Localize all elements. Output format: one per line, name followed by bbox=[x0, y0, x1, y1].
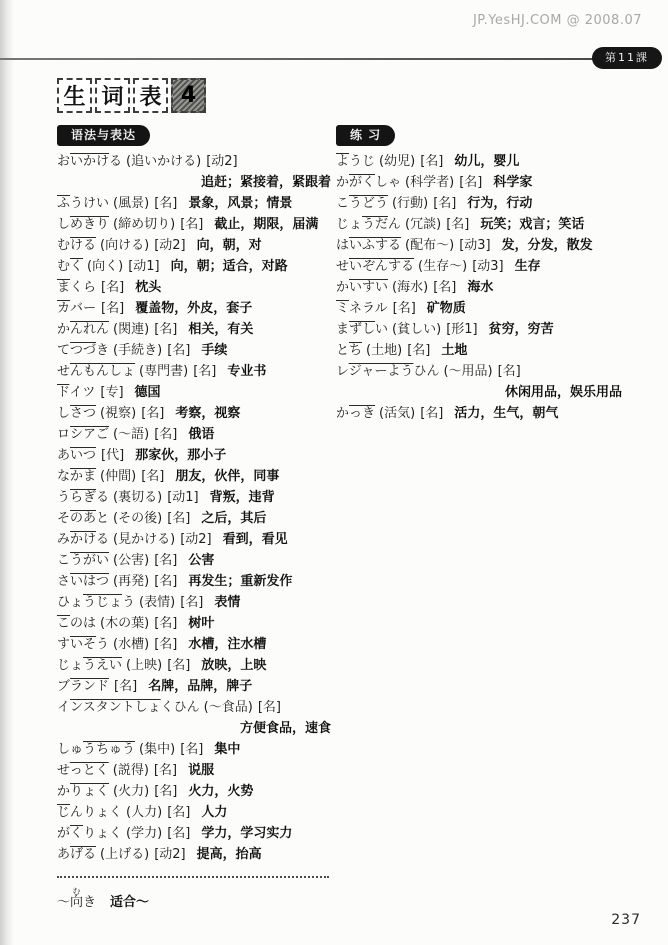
vocab-meaning: 放映，上映 bbox=[201, 658, 266, 673]
vocab-kana: ようじ bbox=[336, 154, 375, 169]
vocab-entry: さいはつ(再発)[名]再发生；重新发作 bbox=[57, 571, 331, 592]
watermark: JP.YesHJ.COM @ 2008.07 bbox=[473, 13, 642, 28]
usage-note-meaning: 适合〜 bbox=[110, 895, 149, 910]
vocab-meaning-wrap: 休闲用品，娱乐用品 bbox=[336, 382, 622, 403]
vocab-meaning: 枕头 bbox=[135, 280, 161, 295]
lesson-badge: 第11課 bbox=[592, 47, 662, 69]
vocab-pos: [名] bbox=[154, 553, 177, 568]
vocab-kana: まくら bbox=[57, 280, 96, 295]
vocab-meaning: 行为，行动 bbox=[467, 196, 532, 211]
vocab-pos: [名] bbox=[154, 427, 177, 442]
vocab-pos: [名] bbox=[167, 511, 190, 526]
vocab-meaning: 德国 bbox=[135, 385, 161, 400]
vocab-pos: [动1] bbox=[128, 259, 159, 274]
vocab-kanji: (その後) bbox=[113, 511, 162, 526]
vocab-pos: [名] bbox=[154, 784, 177, 799]
vocab-entry: カバー[名]覆盖物，外皮，套子 bbox=[57, 298, 331, 319]
vocab-entry: かいすい(海水)[名]海水 bbox=[336, 277, 622, 298]
vocab-meaning: 生存 bbox=[515, 259, 541, 274]
vocab-list-practice: ようじ(幼児)[名]幼儿，婴儿かがくしゃ(科学者)[名]科学家こうどう(行動)[… bbox=[336, 151, 622, 424]
vocab-kanji: (〜食品) bbox=[204, 700, 253, 715]
vocab-kanji: (締め切り) bbox=[113, 217, 175, 232]
vocab-kanji: (追いかける) bbox=[126, 154, 201, 169]
vocab-entry: じんりょく(人力)[名]人力 bbox=[57, 802, 331, 823]
vocab-kanji: (幼児) bbox=[379, 154, 415, 169]
vocab-pos: [动1] bbox=[167, 490, 198, 505]
dotted-separator bbox=[57, 876, 329, 878]
vocab-kanji: (海水) bbox=[392, 280, 428, 295]
vocab-kana: てつづき bbox=[57, 343, 109, 358]
vocab-meaning: 之后，其后 bbox=[201, 511, 266, 526]
vocab-kana: ロシアご bbox=[57, 427, 109, 442]
vocab-pos: [名] bbox=[167, 343, 190, 358]
vocab-meaning: 景象，风景；情景 bbox=[188, 196, 292, 211]
vocab-meaning: 学力，学习实力 bbox=[201, 826, 292, 841]
vocab-kana: とち bbox=[336, 343, 362, 358]
vocab-pos: [专] bbox=[100, 385, 123, 400]
vocab-entry: ふうけい(風景)[名]景象，风景；情景 bbox=[57, 193, 331, 214]
vocab-kanji: (活気) bbox=[379, 406, 415, 421]
vocab-pos: [动3] bbox=[472, 259, 503, 274]
vocab-meaning: 再发生；重新发作 bbox=[188, 574, 292, 589]
vocab-kanji: (上げる) bbox=[100, 847, 149, 862]
vocab-kana: ミネラル bbox=[336, 301, 388, 316]
page-number: 237 bbox=[611, 912, 641, 928]
vocab-pos: [名] bbox=[154, 616, 177, 631]
vocab-entry: なかま(仲間)[名]朋友，伙伴，同事 bbox=[57, 466, 331, 487]
section-header-grammar: 语法与表达 bbox=[57, 125, 150, 146]
vocab-meaning: 朋友，伙伴，同事 bbox=[175, 469, 279, 484]
vocab-entry: うらぎる(裏切る)[动1]背叛，违背 bbox=[57, 487, 331, 508]
vocab-kanji: (説得) bbox=[113, 763, 149, 778]
vocab-pos: [名] bbox=[167, 658, 190, 673]
scan-edge-shadow bbox=[0, 0, 14, 945]
vocab-pos: [名] bbox=[407, 343, 430, 358]
column-practice: 练 习 ようじ(幼児)[名]幼儿，婴儿かがくしゃ(科学者)[名]科学家こうどう(… bbox=[336, 124, 622, 424]
section-header-practice: 练 习 bbox=[336, 125, 395, 146]
vocab-kanji: (集中) bbox=[139, 742, 175, 757]
vocab-meaning: 表情 bbox=[214, 595, 240, 610]
vocab-entry: ロシアご(〜語)[名]俄语 bbox=[57, 424, 331, 445]
vocab-entry: まくら[名]枕头 bbox=[57, 277, 331, 298]
vocab-kanji: (表情) bbox=[139, 595, 175, 610]
vocab-pos: [名] bbox=[258, 700, 281, 715]
header-rule bbox=[0, 58, 601, 60]
page-title: 生词表4 bbox=[57, 78, 206, 113]
vocab-entry: ようじ(幼児)[名]幼儿，婴儿 bbox=[336, 151, 622, 172]
vocab-entry: がくりょく(学力)[名]学力，学习实力 bbox=[57, 823, 331, 844]
scanned-textbook-page: JP.YesHJ.COM @ 2008.07 第11課 生词表4 语法与表达 お… bbox=[0, 0, 668, 945]
vocab-entry: まずしい(貧しい)[形1]贫穷，穷苦 bbox=[336, 319, 622, 340]
vocab-kana: ドイツ bbox=[57, 385, 95, 400]
vocab-meaning: 考察，视察 bbox=[175, 406, 240, 421]
vocab-entry: とち(土地)[名]土地 bbox=[336, 340, 622, 361]
vocab-meaning: 贫穷，穷苦 bbox=[489, 322, 554, 337]
vocab-kanji: (専門書) bbox=[139, 364, 188, 379]
vocab-entry: せっとく(説得)[名]说服 bbox=[57, 760, 331, 781]
column-grammar: 语法与表达 おいかける(追いかける)[动2]追赶；紧接着，紧跟着ふうけい(風景)… bbox=[57, 124, 331, 914]
vocab-kana: みかける bbox=[57, 532, 109, 547]
vocab-meaning: 截止，期限，届满 bbox=[214, 217, 318, 232]
vocab-kana: すいそう bbox=[57, 637, 109, 652]
vocab-pos: [名] bbox=[393, 301, 416, 316]
vocab-kana: ブランド bbox=[57, 679, 109, 694]
vocab-entry: ミネラル[名]矿物质 bbox=[336, 298, 622, 319]
vocab-meaning: 向，朝，对 bbox=[197, 238, 262, 253]
title-char-box: 表 bbox=[133, 78, 168, 113]
vocab-pos: [名] bbox=[446, 217, 469, 232]
vocab-kana: むける bbox=[57, 238, 96, 253]
vocab-kana: かりょく bbox=[57, 784, 109, 799]
vocab-pos: [名] bbox=[433, 280, 456, 295]
vocab-meaning: 那家伙，那小子 bbox=[135, 448, 226, 463]
vocab-meaning: 名牌，品牌，牌子 bbox=[148, 679, 252, 694]
vocab-pos: [动2] bbox=[180, 532, 211, 547]
vocab-meaning: 提高，抬高 bbox=[197, 847, 262, 862]
vocab-meaning-wrap: 追赶；紧接着，紧跟着 bbox=[57, 172, 331, 193]
vocab-meaning: 专业书 bbox=[227, 364, 266, 379]
vocab-meaning: 手续 bbox=[201, 343, 227, 358]
vocab-kana: かがくしゃ bbox=[336, 175, 401, 190]
vocab-pos: [名] bbox=[433, 196, 456, 211]
vocab-kana: さいはつ bbox=[57, 574, 109, 589]
vocab-pos: [名] bbox=[154, 322, 177, 337]
vocab-entry: こうがい(公害)[名]公害 bbox=[57, 550, 331, 571]
vocab-entry: おいかける(追いかける)[动2] bbox=[57, 151, 331, 172]
vocab-kana: しさつ bbox=[57, 406, 96, 421]
vocab-kanji: (貧しい) bbox=[392, 322, 441, 337]
vocab-meaning: 集中 bbox=[214, 742, 240, 757]
vocab-entry: このは(木の葉)[名]树叶 bbox=[57, 613, 331, 634]
vocab-kana: おいかける bbox=[57, 154, 122, 169]
vocab-list-grammar: おいかける(追いかける)[动2]追赶；紧接着，紧跟着ふうけい(風景)[名]景象，… bbox=[57, 151, 331, 865]
vocab-entry: あげる(上げる)[动2]提高，抬高 bbox=[57, 844, 331, 865]
vocab-meaning: 幼儿，婴儿 bbox=[454, 154, 519, 169]
vocab-kanji: (科学者) bbox=[405, 175, 454, 190]
vocab-kana: かいすい bbox=[336, 280, 388, 295]
vocab-pos: [名] bbox=[154, 637, 177, 652]
vocab-meaning: 说服 bbox=[188, 763, 214, 778]
vocab-kanji: (上映) bbox=[126, 658, 162, 673]
vocab-pos: [名] bbox=[101, 280, 124, 295]
vocab-kanji: (火力) bbox=[113, 784, 149, 799]
vocab-meaning: 水槽，注水槽 bbox=[188, 637, 266, 652]
vocab-entry: せんもんしょ(専門書)[名]专业书 bbox=[57, 361, 331, 382]
vocab-kana: あいつ bbox=[57, 448, 96, 463]
vocab-entry: かんれん(関連)[名]相关，有关 bbox=[57, 319, 331, 340]
vocab-kana: なかま bbox=[57, 469, 96, 484]
vocab-entry: みかける(見かける)[动2]看到，看见 bbox=[57, 529, 331, 550]
vocab-entry: すいそう(水槽)[名]水槽，注水槽 bbox=[57, 634, 331, 655]
vocab-entry: しさつ(視察)[名]考察，视察 bbox=[57, 403, 331, 424]
vocab-meaning: 公害 bbox=[188, 553, 214, 568]
vocab-entry: レジャーようひん(〜用品)[名] bbox=[336, 361, 622, 382]
vocab-kana: こうがい bbox=[57, 553, 109, 568]
vocab-kana: うらぎる bbox=[57, 490, 109, 505]
vocab-kanji: (水槽) bbox=[113, 637, 149, 652]
vocab-entry: あいつ[代]那家伙，那小子 bbox=[57, 445, 331, 466]
vocab-kana: せっとく bbox=[57, 763, 109, 778]
vocab-kanji: (視察) bbox=[100, 406, 136, 421]
vocab-entry: かりょく(火力)[名]火力，火势 bbox=[57, 781, 331, 802]
vocab-pos: [名] bbox=[459, 175, 482, 190]
vocab-meaning: 覆盖物，外皮，套子 bbox=[135, 301, 252, 316]
vocab-kana: ひょうじょう bbox=[57, 595, 135, 610]
vocab-kanji: (配布〜) bbox=[405, 238, 454, 253]
vocab-kanji: (土地) bbox=[366, 343, 402, 358]
vocab-pos: [名] bbox=[420, 406, 443, 421]
vocab-kanji: (風景) bbox=[113, 196, 149, 211]
vocab-kana: このは bbox=[57, 616, 96, 631]
vocab-kana: しゅうちゅう bbox=[57, 742, 135, 757]
vocab-meaning: 背叛，违背 bbox=[210, 490, 275, 505]
vocab-entry: かがくしゃ(科学者)[名]科学家 bbox=[336, 172, 622, 193]
vocab-kana: レジャーようひん bbox=[336, 364, 439, 379]
vocab-meaning: 向，朝；适合，对路 bbox=[171, 259, 288, 274]
vocab-meaning: 玩笑；戏言；笑话 bbox=[480, 217, 584, 232]
vocab-kanji: (〜語) bbox=[113, 427, 149, 442]
vocab-entry: てつづき(手続き)[名]手续 bbox=[57, 340, 331, 361]
vocab-entry: かっき(活気)[名]活力，生气，朝气 bbox=[336, 403, 622, 424]
vocab-kana: せんもんしょ bbox=[57, 364, 135, 379]
vocab-kana: まずしい bbox=[336, 322, 388, 337]
vocab-entry: ひょうじょう(表情)[名]表情 bbox=[57, 592, 331, 613]
vocab-entry: ドイツ[专]德国 bbox=[57, 382, 331, 403]
vocab-pos: [名] bbox=[180, 742, 203, 757]
vocab-pos: [名] bbox=[141, 406, 164, 421]
vocab-kana: せいぞんする bbox=[336, 259, 414, 274]
vocab-pos: [动2] bbox=[154, 238, 185, 253]
vocab-entry: じょうえい(上映)[名]放映，上映 bbox=[57, 655, 331, 676]
vocab-kana: がくりょく bbox=[57, 826, 122, 841]
title-char-box: 生 bbox=[57, 78, 92, 113]
vocab-pos: [形1] bbox=[446, 322, 477, 337]
vocab-kana: かんれん bbox=[57, 322, 109, 337]
vocab-meaning: 土地 bbox=[441, 343, 467, 358]
vocab-meaning: 人力 bbox=[201, 805, 227, 820]
vocab-pos: [名] bbox=[180, 217, 203, 232]
vocab-kana: ふうけい bbox=[57, 196, 109, 211]
furigana-ruby: 向む bbox=[70, 895, 83, 910]
vocab-entry: そのあと(その後)[名]之后，其后 bbox=[57, 508, 331, 529]
vocab-kanji: (人力) bbox=[126, 805, 162, 820]
vocab-kanji: (学力) bbox=[126, 826, 162, 841]
vocab-meaning: 俄语 bbox=[188, 427, 214, 442]
vocab-pos: [名] bbox=[180, 595, 203, 610]
title-number-box: 4 bbox=[171, 78, 206, 113]
vocab-meaning-wrap: 方便食品，速食 bbox=[57, 718, 331, 739]
vocab-kanji: (冗談) bbox=[405, 217, 441, 232]
vocab-kana: あげる bbox=[57, 847, 96, 862]
vocab-entry: じょうだん(冗談)[名]玩笑；戏言；笑话 bbox=[336, 214, 622, 235]
vocab-kanji: (〜用品) bbox=[443, 364, 492, 379]
vocab-kanji: (見かける) bbox=[113, 532, 175, 547]
vocab-kanji: (公害) bbox=[113, 553, 149, 568]
vocab-entry: はいふする(配布〜)[动3]发，分发，散发 bbox=[336, 235, 622, 256]
vocab-pos: [动2] bbox=[206, 154, 237, 169]
vocab-kana: カバー bbox=[57, 301, 96, 316]
vocab-meaning: 发，分发，散发 bbox=[502, 238, 593, 253]
vocab-pos: [名] bbox=[114, 679, 137, 694]
vocab-kanji: (向ける) bbox=[100, 238, 149, 253]
vocab-kana: じんりょく bbox=[57, 805, 122, 820]
vocab-entry: せいぞんする(生存〜)[动3]生存 bbox=[336, 256, 622, 277]
vocab-kana: じょうだん bbox=[336, 217, 401, 232]
vocab-pos: [名] bbox=[101, 301, 124, 316]
vocab-kanji: (向く) bbox=[87, 259, 123, 274]
vocab-kana: むく bbox=[57, 259, 83, 274]
vocab-pos: [名] bbox=[141, 469, 164, 484]
vocab-kana: こうどう bbox=[336, 196, 388, 211]
vocab-kanji: (仲間) bbox=[100, 469, 136, 484]
vocab-pos: [动3] bbox=[459, 238, 490, 253]
vocab-entry: しゅうちゅう(集中)[名]集中 bbox=[57, 739, 331, 760]
vocab-entry: むける(向ける)[动2]向，朝，对 bbox=[57, 235, 331, 256]
vocab-meaning: 活力，生气，朝气 bbox=[454, 406, 558, 421]
vocab-kanji: (裏切る) bbox=[113, 490, 162, 505]
vocab-pos: [名] bbox=[154, 196, 177, 211]
vocab-pos: [名] bbox=[167, 805, 190, 820]
vocab-meaning: 矿物质 bbox=[427, 301, 466, 316]
vocab-pos: [代] bbox=[101, 448, 124, 463]
vocab-pos: [名] bbox=[167, 826, 190, 841]
vocab-kana: じょうえい bbox=[57, 658, 122, 673]
vocab-kana: インスタントしょくひん bbox=[57, 700, 200, 715]
usage-note: 〜向むき适合〜 bbox=[57, 887, 331, 914]
vocab-entry: しめきり(締め切り)[名]截止，期限，届满 bbox=[57, 214, 331, 235]
vocab-kanji: (行動) bbox=[392, 196, 428, 211]
vocab-entry: ブランド[名]名牌，品牌，牌子 bbox=[57, 676, 331, 697]
vocab-kana: そのあと bbox=[57, 511, 109, 526]
vocab-kana: しめきり bbox=[57, 217, 109, 232]
vocab-pos: [名] bbox=[193, 364, 216, 379]
vocab-meaning: 科学家 bbox=[493, 175, 532, 190]
vocab-kana: はいふする bbox=[336, 238, 401, 253]
vocab-meaning: 火力，火势 bbox=[188, 784, 253, 799]
vocab-kanji: (関連) bbox=[113, 322, 149, 337]
usage-note-word: 〜向むき bbox=[57, 895, 96, 910]
vocab-entry: インスタントしょくひん(〜食品)[名] bbox=[57, 697, 331, 718]
vocab-pos: [名] bbox=[154, 574, 177, 589]
vocab-kanji: (再発) bbox=[113, 574, 149, 589]
vocab-kana: かっき bbox=[336, 406, 375, 421]
vocab-kanji: (木の葉) bbox=[100, 616, 149, 631]
vocab-meaning: 相关，有关 bbox=[188, 322, 253, 337]
vocab-meaning: 看到，看见 bbox=[223, 532, 288, 547]
vocab-kanji: (手続き) bbox=[113, 343, 162, 358]
title-char-box: 词 bbox=[95, 78, 130, 113]
vocab-entry: こうどう(行動)[名]行为，行动 bbox=[336, 193, 622, 214]
vocab-kanji: (生存〜) bbox=[418, 259, 467, 274]
vocab-pos: [动2] bbox=[154, 847, 185, 862]
vocab-entry: むく(向く)[动1]向，朝；适合，对路 bbox=[57, 256, 331, 277]
vocab-pos: [名] bbox=[420, 154, 443, 169]
vocab-pos: [名] bbox=[154, 763, 177, 778]
vocab-pos: [名] bbox=[498, 364, 521, 379]
vocab-meaning: 海水 bbox=[467, 280, 493, 295]
vocab-meaning: 树叶 bbox=[188, 616, 214, 631]
